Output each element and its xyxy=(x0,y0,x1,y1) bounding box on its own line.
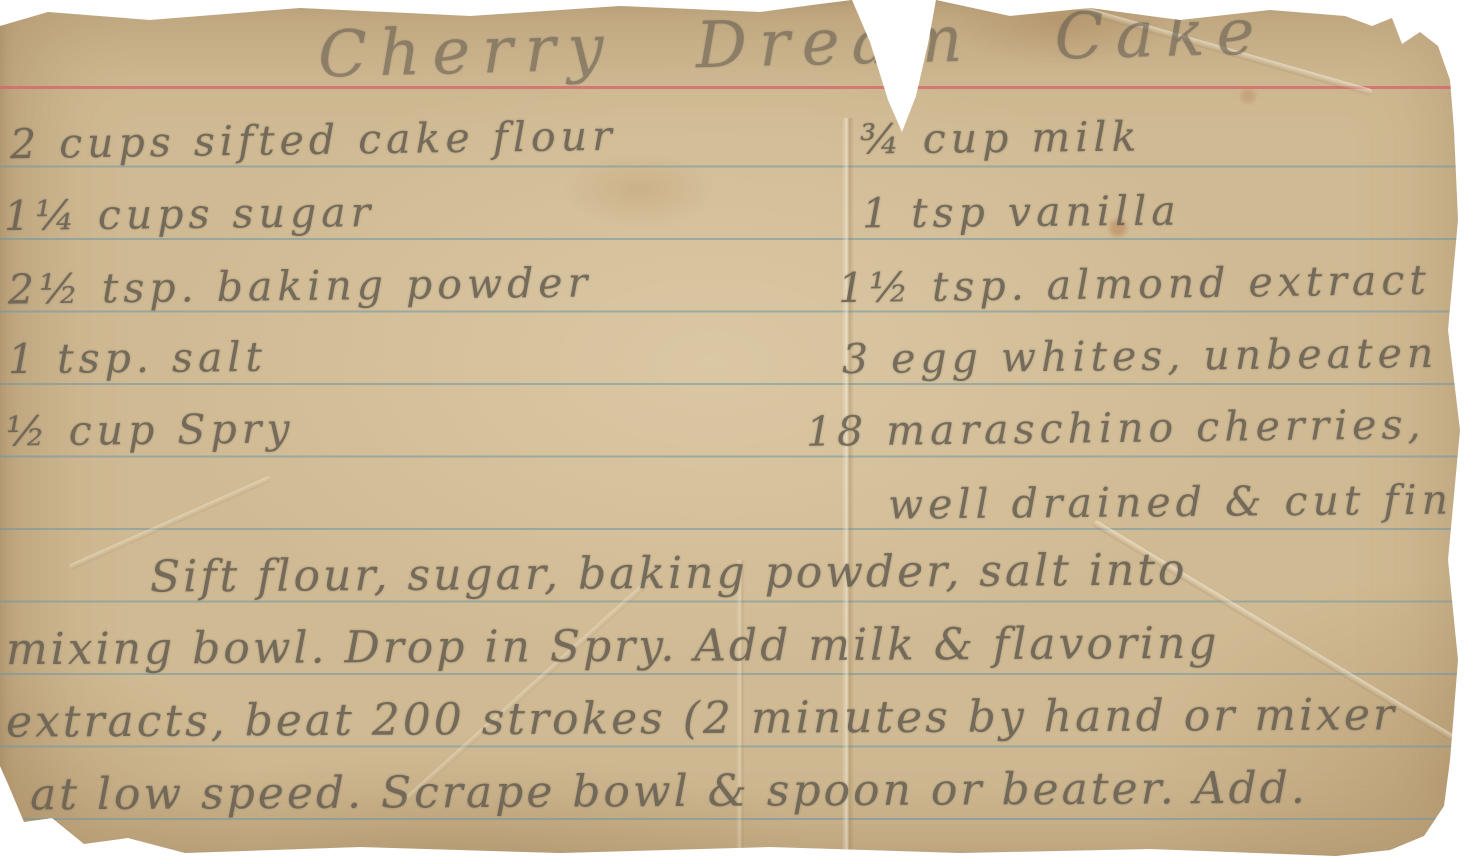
ingredient-left-3: 2½ tsp. baking powder xyxy=(8,262,593,310)
ingredient-left-5: ½ cup Spry xyxy=(6,408,295,452)
scanned-recipe-card: Cherry Dream Cake 2 cups sifted cake flo… xyxy=(0,0,1484,864)
ingredient-right-1: ¾ cup milk xyxy=(860,117,1142,161)
ingredient-right-6: well drained & cut fine xyxy=(888,479,1483,525)
instruction-line-1: Sift flour, sugar, baking powder, salt i… xyxy=(150,548,1188,599)
red-header-rule xyxy=(0,86,1484,89)
instruction-line-2: mixing bowl. Drop in Spry. Add milk & fl… xyxy=(6,622,1220,672)
ingredient-left-1: 2 cups sifted cake flour xyxy=(10,116,617,165)
ingredient-right-3: 1½ tsp. almond extract xyxy=(838,260,1431,309)
instruction-line-3: extracts, beat 200 strokes (2 minutes by… xyxy=(6,693,1397,744)
ingredient-left-2: 1¼ cups sugar xyxy=(4,192,376,237)
recipe-title: Cherry Dream Cake xyxy=(317,0,1267,87)
ingredient-right-4: 3 egg whites, unbeaten xyxy=(842,333,1439,380)
ingredient-right-2: 1 tsp vanilla xyxy=(862,191,1181,235)
ingredient-left-4: 1 tsp. salt xyxy=(8,337,267,380)
recipe-card-paper: Cherry Dream Cake 2 cups sifted cake flo… xyxy=(0,0,1484,864)
instruction-line-4: at low speed. Scrape bowl & spoon or bea… xyxy=(30,767,1308,818)
ingredient-right-5: 18 maraschino cherries, xyxy=(806,404,1426,453)
